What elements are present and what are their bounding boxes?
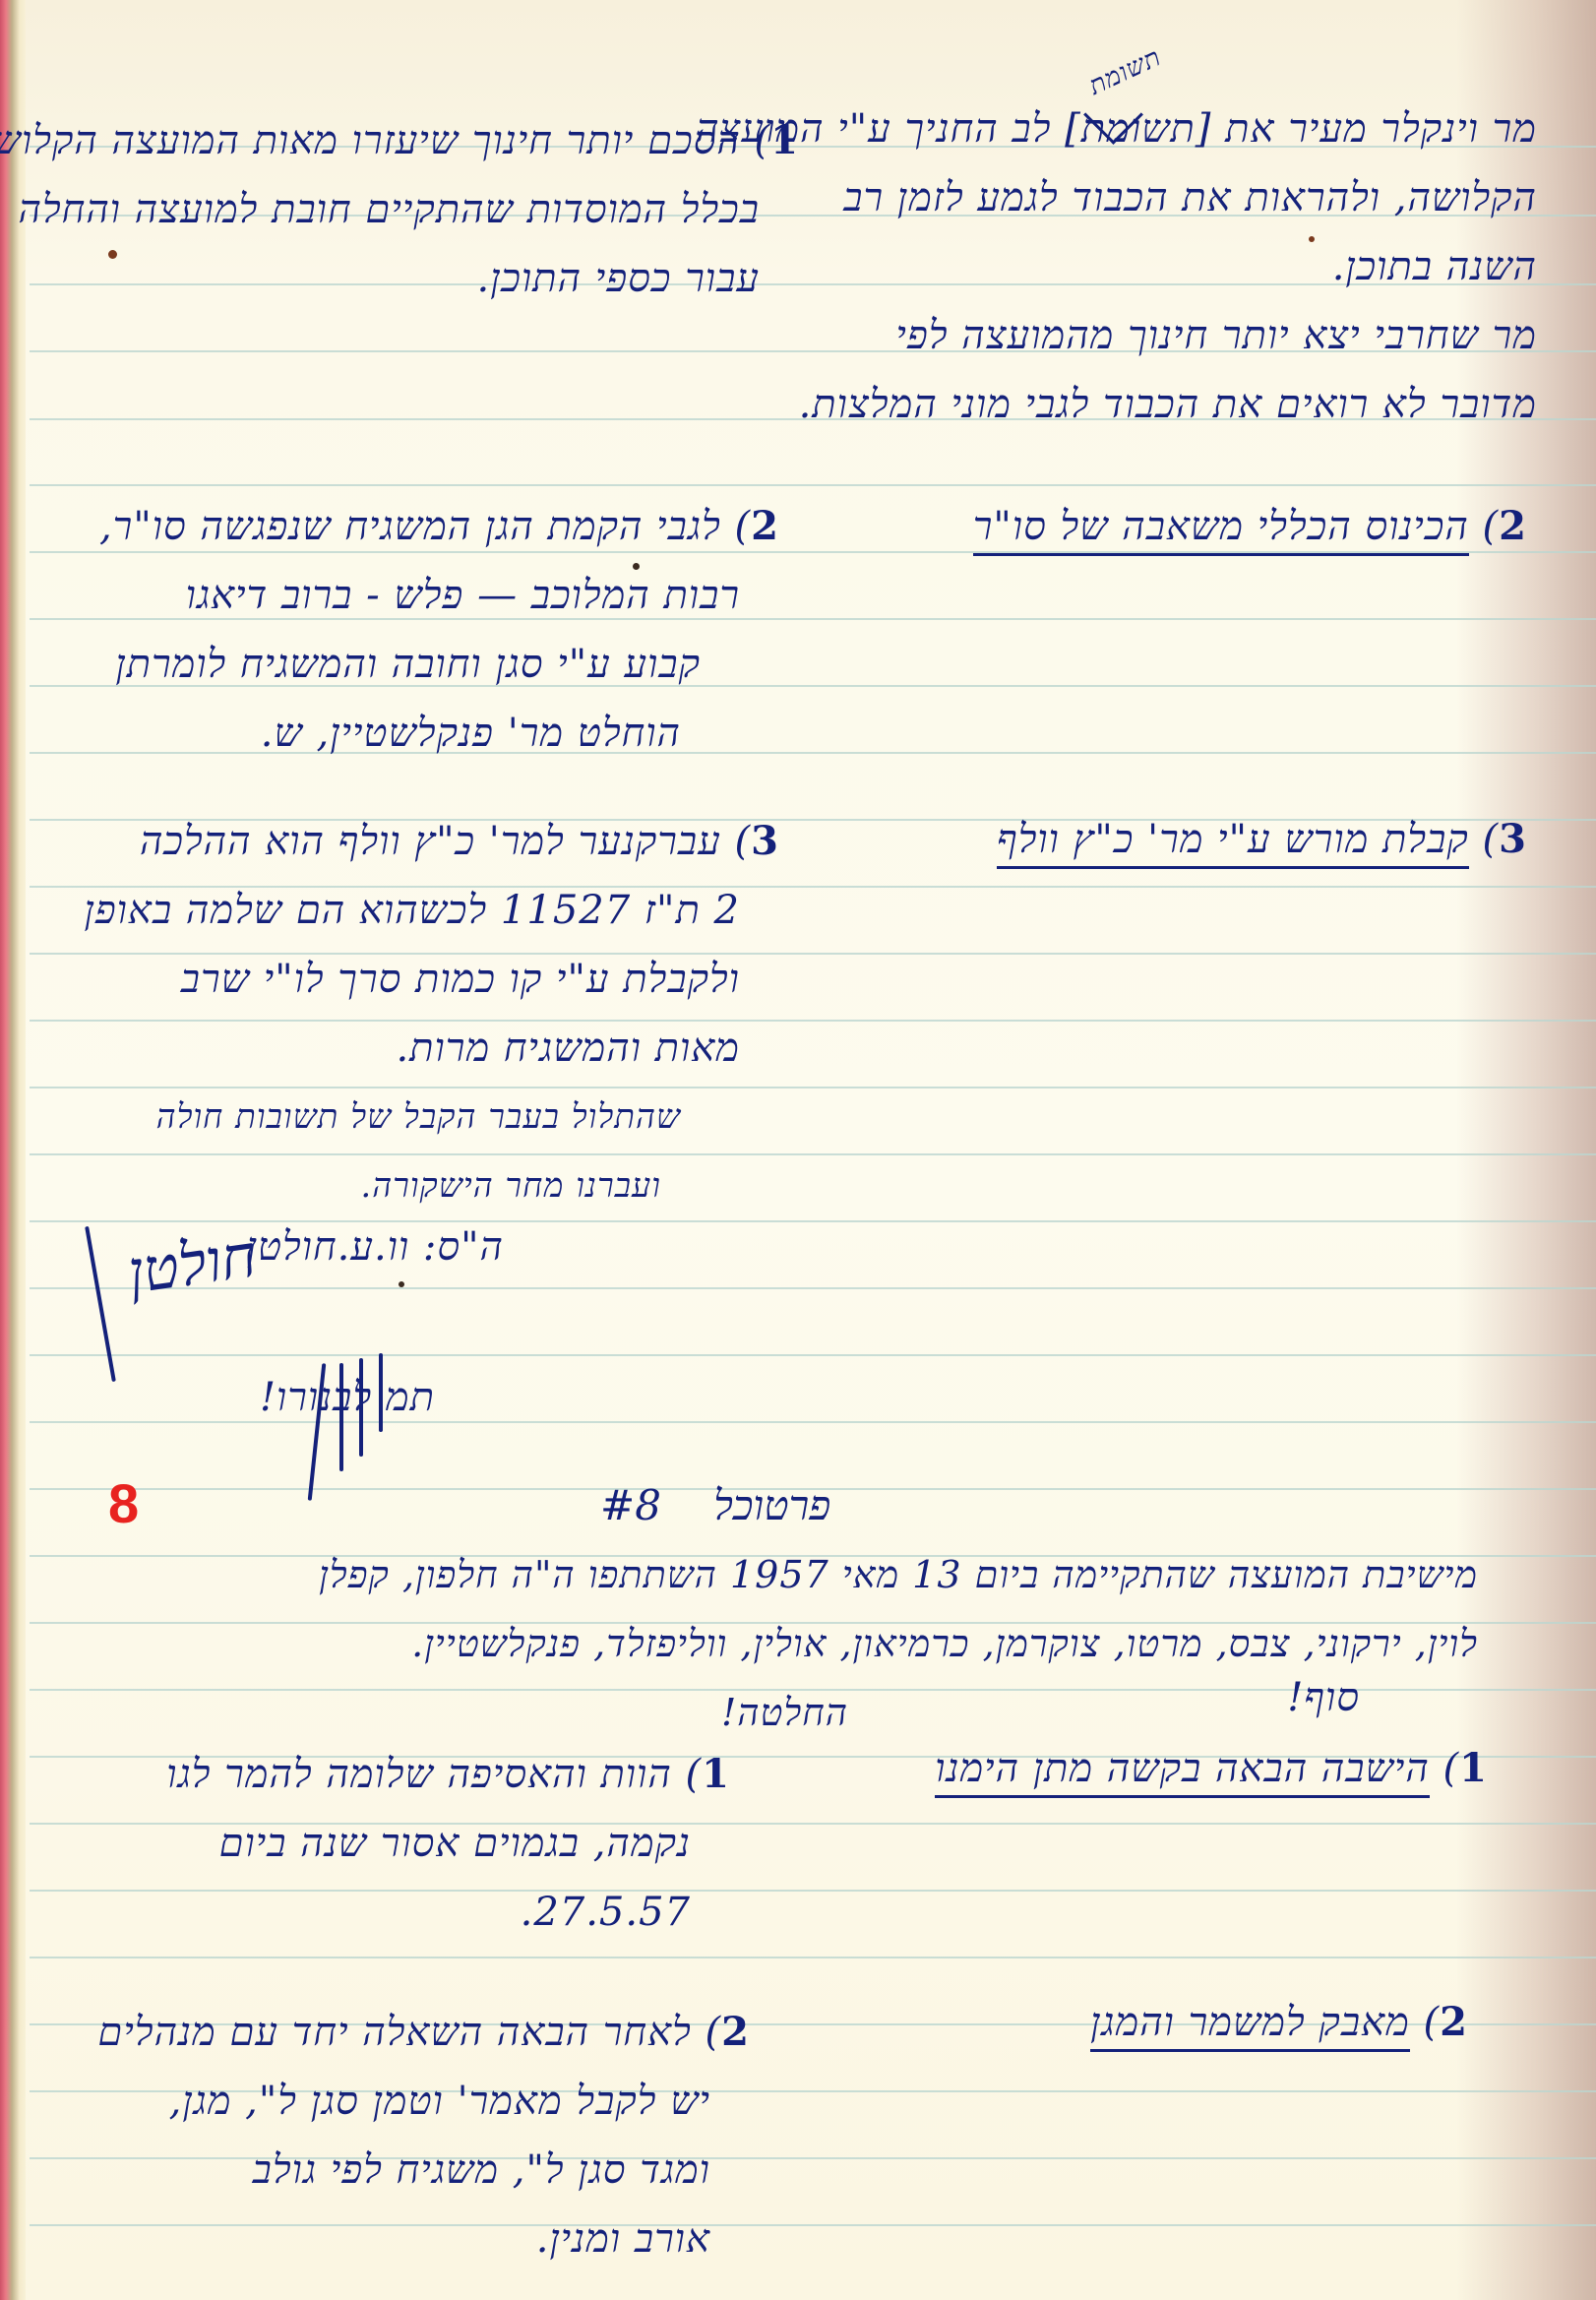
notebook-page: תשומת מר וינקלר מעיר את [תשומת] לב החניך… [0, 0, 1596, 2300]
item-number: 1 [1459, 1745, 1488, 1791]
paren: ) [721, 504, 751, 549]
text-line: 1) הוות והאסיפה שלומה להמר לגו [166, 1740, 730, 1809]
heading-text: הכינוס הכללי משאבה של סו"ר [973, 504, 1469, 556]
text-line: נקמה, בגמוים אסור שנה ביום [166, 1809, 730, 1878]
text-line: בכלל המוסדות שהתקיים חובת למועצה והחלה [0, 175, 799, 244]
item-number: 1 [702, 1751, 730, 1797]
item-number: 3 [751, 818, 779, 864]
text-line: יש לקבל מאמר' וטמן סגן ל", מגן, [97, 2067, 750, 2136]
paren: ) [672, 1752, 702, 1797]
text-span: הסכם יותר חינוך שיעזרו מאות המועצה הקלוש… [0, 118, 741, 163]
text-line: עבור כספי התוכן. [0, 244, 799, 313]
item-number: 2 [1499, 503, 1527, 549]
text-line: מאות והמשגיח מרות. [85, 1014, 779, 1083]
protocol-number-text: 8 [635, 1481, 661, 1529]
text-span: לגבי הקמת הגן המשגיח שנפגשה סו"ר, [99, 504, 721, 549]
text-line: ומגד סגן ל", משגיח לפי גולב [97, 2136, 750, 2205]
text-line: רבות המלוכב — פלש - ברוב דיאגו [99, 561, 779, 630]
text-line: מישיבת המועצה שהתקיימה ביום 13 מאי 1957 … [319, 1540, 1478, 1609]
text-span: לאחר הבאה השאלה יחד עם מנהלים [97, 2010, 691, 2055]
text-line: שהתלול בעבר הקבל של תשובות חולה [85, 1083, 779, 1151]
paper-speck [399, 1281, 404, 1287]
notebook-binding [0, 0, 26, 2300]
paren: ) [692, 2010, 721, 2055]
text-line: אורב ומנין. [97, 2205, 750, 2273]
paper-speck [1309, 236, 1315, 242]
item-number: 3 [1499, 816, 1527, 862]
text-line: ועברנו מחר הישקורה. [85, 1151, 779, 1220]
second-signature-stroke [379, 1353, 383, 1432]
right-item-3-heading: 3) קבלת מורש ע"י מר' כ"ץ וולף [997, 805, 1527, 874]
text-span: עברקנער למר' כ"ץ וולף הוא ההלכה [140, 819, 721, 864]
closing-text: תמ לבנורו! [260, 1363, 435, 1432]
text-line: ולקבלת ע"י קו כמות סרך לו"י שרב [85, 945, 779, 1014]
left-item-3-text: 3) עברקנער למר' כ"ץ וולף הוא ההלכה 2 ת"ז… [85, 807, 779, 1220]
right-item-1-text: מר וינקלר מעיר את [תשומת] לב החניך ע"י ה… [829, 94, 1537, 439]
signature-label: ה"ס: וו.ע.חולטן [247, 1212, 504, 1281]
paren: ) [741, 118, 770, 163]
left-item-1-text: 1) הסכם יותר חינוך שיעזרו מאות המועצה הק… [0, 106, 799, 313]
text-line: מר וינקלר מעיר את [תשומת] לב החניך ע"י ה… [829, 94, 1537, 163]
protocol-right-annotation: סוף! [1287, 1663, 1360, 1732]
text-line: הקלושה, ולהראות את הכבוד לגמע לזמן רב [829, 163, 1537, 232]
text-span: הוות והאסיפה שלומה להמר לגו [166, 1752, 672, 1797]
heading-text: הישבה הבאה בקשה מתן הימנו [935, 1746, 1430, 1798]
text-line: הוחלט מר' פנקלשטיין, ש. [99, 699, 779, 768]
item-number: 2 [1440, 1999, 1468, 2045]
paren: ) [1410, 2000, 1440, 2045]
right-item-2-heading: 2) הכינוס הכללי משאבה של סו"ר [973, 492, 1527, 561]
page-marker-number: 8 [108, 1476, 139, 1531]
heading-text: קבלת מורש ע"י מר' כ"ץ וולף [997, 817, 1469, 869]
text-line: 2 ת"ז 11527 לכשהוא הם שלמה באופן [85, 876, 779, 945]
item-number: 2 [751, 503, 779, 549]
left-item-2-text: 2) לגבי הקמת הגן המשגיח שנפגשה סו"ר, רבו… [99, 492, 779, 768]
item-number: 1 [770, 117, 799, 163]
paren: ) [1469, 817, 1499, 862]
text-line: 1) הסכם יותר חינוך שיעזרו מאות המועצה הק… [0, 106, 799, 175]
paper-speck [633, 563, 640, 570]
paren: ) [1430, 1746, 1459, 1791]
protocol-right-item-1: 1) הישבה הבאה בקשה מתן הימנו [935, 1734, 1488, 1803]
paren: ) [721, 819, 751, 864]
text-line: מר שחרבי יצא יותר חינוך מהמועצה לפי [829, 301, 1537, 370]
protocol-right-item-2: 2) מאבק למשמר והמגן [1090, 1988, 1468, 2057]
text-line: 2) לגבי הקמת הגן המשגיח שנפגשה סו"ר, [99, 492, 779, 561]
text-line: השנה בתוכן. [829, 232, 1537, 301]
protocol-left-item-1: 1) הוות והאסיפה שלומה להמר לגו נקמה, בגמ… [166, 1740, 730, 1947]
protocol-title: פרטוכל #8 [600, 1481, 830, 1530]
protocol-number: #8 [600, 1481, 661, 1529]
text-line: קבוע ע"י סגן וחובה והמשגיח לומרתן [99, 630, 779, 699]
text-line: מדובר לא רואים את הכבוד לגבי מוני המלצות… [829, 370, 1537, 439]
number-sign: # [600, 1481, 635, 1529]
second-signature-stroke [359, 1358, 363, 1457]
item-number: 2 [721, 2009, 750, 2055]
protocol-left-item-2: 2) לאחר הבאה השאלה יחד עם מנהלים יש לקבל… [97, 1998, 750, 2273]
paren: ) [1469, 504, 1499, 549]
text-line: 3) עברקנער למר' כ"ץ וולף הוא ההלכה [85, 807, 779, 876]
second-signature-stroke [339, 1363, 343, 1471]
heading-text: מאבק למשמר והמגן [1090, 2000, 1410, 2052]
paper-speck [108, 250, 117, 259]
protocol-title-text: פרטוכל [713, 1481, 830, 1529]
text-line: 27.5.57. [166, 1878, 730, 1947]
text-line: 2) לאחר הבאה השאלה יחד עם מנהלים [97, 1998, 750, 2067]
